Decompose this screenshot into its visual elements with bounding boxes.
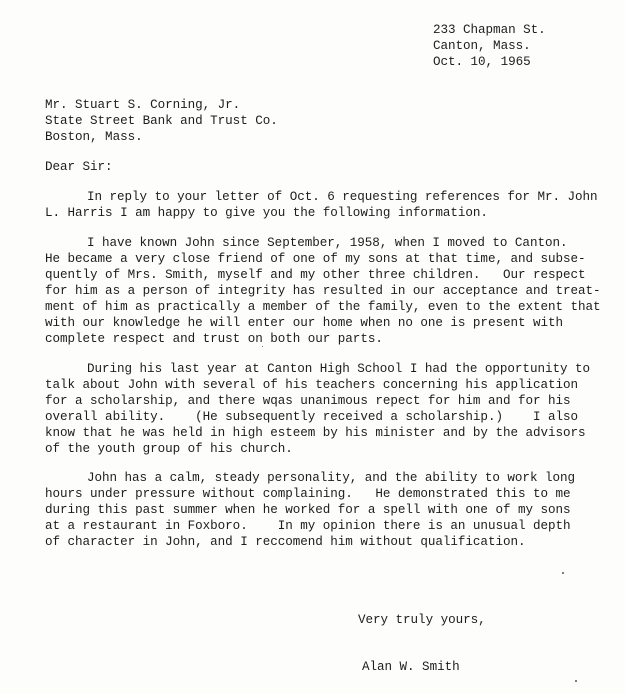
paragraph-line: talk about John with several of his teac… [45,377,578,393]
letter-page: 233 Chapman St. Canton, Mass. Oct. 10, 1… [0,0,625,694]
paragraph-line: of the youth group of his church. [45,441,293,457]
paragraph-line: L. Harris I am happy to give you the fol… [45,205,488,221]
sender-city: Canton, Mass. [433,38,531,54]
paragraph-line: overall ability. (He subsequently receiv… [45,409,578,425]
scan-speck [575,680,577,682]
paragraph-line: of character in John, and I reccomend hi… [45,534,525,550]
paragraph-line: ment of him as practically a member of t… [45,299,601,315]
paragraph-line: complete respect and trust on both our p… [45,331,383,347]
paragraph-line: During his last year at Canton High Scho… [45,361,590,377]
sender-street: 233 Chapman St. [433,22,546,38]
closing: Very truly yours, [358,612,486,628]
paragraph-line: He became a very close friend of one of … [45,251,586,267]
paragraph-line: hours under pressure without complaining… [45,486,571,502]
letter-date: Oct. 10, 1965 [433,54,531,70]
recipient-company: State Street Bank and Trust Co. [45,113,278,129]
signature: Alan W. Smith [362,659,460,675]
paragraph-line: during this past summer when he worked f… [45,502,571,518]
paragraph-line: for a scholarship, and there wqas unanim… [45,393,571,409]
paragraph-line: John has a calm, steady personality, and… [45,470,575,486]
scan-speck [262,346,263,347]
paragraph-line: for him as a person of integrity has res… [45,283,601,299]
paragraph-line: In reply to your letter of Oct. 6 reques… [45,189,598,205]
paragraph-line: I have known John since September, 1958,… [45,235,567,251]
paragraph-line: quently of Mrs. Smith, myself and my oth… [45,267,586,283]
recipient-name: Mr. Stuart S. Corning, Jr. [45,97,240,113]
paragraph-line: at a restaurant in Foxboro. In my opinio… [45,518,571,534]
recipient-city: Boston, Mass. [45,129,143,145]
paragraph-line: know that he was held in high esteem by … [45,425,586,441]
paragraph-line: with our knowledge he will enter our hom… [45,315,563,331]
scan-speck [562,572,564,574]
salutation: Dear Sir: [45,159,113,175]
